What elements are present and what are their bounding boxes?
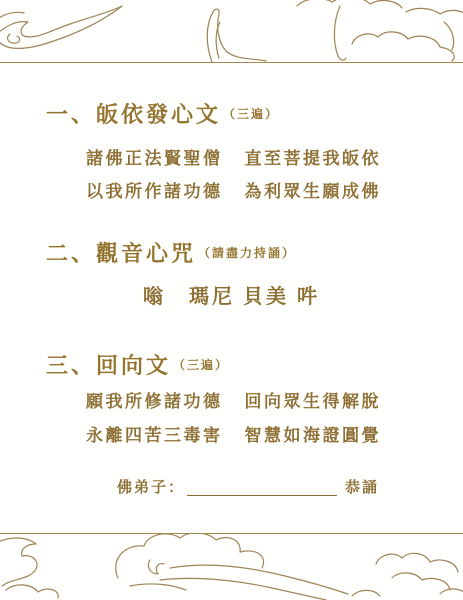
section-1-verse-line-2: 以我所作諸功德 為利眾生願成佛 (86, 177, 381, 202)
verse-half: 為利眾生願成佛 (245, 177, 382, 202)
verse-half: 直至菩提我皈依 (245, 144, 382, 169)
verse-gap (223, 421, 245, 446)
prayer-sheet-page: 一、皈依發心文 （三遍） 諸佛正法賢聖僧 直至菩提我皈依 以我所作諸功德 為利眾… (0, 0, 463, 600)
section-1-verse-line-1: 諸佛正法賢聖僧 直至菩提我皈依 (86, 144, 381, 169)
verse-gap (223, 177, 245, 202)
section-2-heading: 二、觀音心咒 （請盡力持誦） (46, 237, 296, 268)
section-1-note: （三遍） (223, 105, 279, 122)
bottom-divider-rule (0, 533, 463, 534)
top-divider-rule (0, 62, 463, 63)
section-1-heading: 一、皈依發心文 （三遍） (46, 98, 279, 129)
section-3-verse-line-1: 願我所修諸功德 回向眾生得解脫 (86, 387, 381, 412)
signature-line: 佛弟子： 恭誦 (117, 476, 379, 497)
cloud-decoration-top (0, 0, 463, 63)
cloud-decoration-bottom (0, 534, 463, 600)
verse-gap (223, 387, 245, 412)
verse-half: 回向眾生得解脫 (245, 387, 382, 412)
section-3-heading: 三、回向文 （三遍） (46, 349, 229, 380)
section-2-title: 二、觀音心咒 (46, 237, 196, 268)
section-3-title: 三、回向文 (46, 349, 171, 380)
verse-half: 永離四苦三毒害 (86, 421, 223, 446)
section-3-verse-line-2: 永離四苦三毒害 智慧如海證圓覺 (86, 421, 381, 446)
verse-half: 願我所修諸功德 (86, 387, 223, 412)
verse-gap (223, 144, 245, 169)
mantra-text: 嗡 瑪尼 貝美 吽 (143, 280, 320, 309)
signature-label: 佛弟子： (117, 476, 185, 497)
verse-half: 諸佛正法賢聖僧 (86, 144, 223, 169)
section-3-note: （三遍） (173, 356, 229, 373)
verse-half: 智慧如海證圓覺 (245, 421, 382, 446)
verse-half: 以我所作諸功德 (86, 177, 223, 202)
section-2-note: （請盡力持誦） (198, 244, 296, 261)
signature-blank-field (187, 479, 337, 496)
section-1-title: 一、皈依發心文 (46, 98, 221, 129)
signature-suffix: 恭誦 (345, 476, 379, 497)
